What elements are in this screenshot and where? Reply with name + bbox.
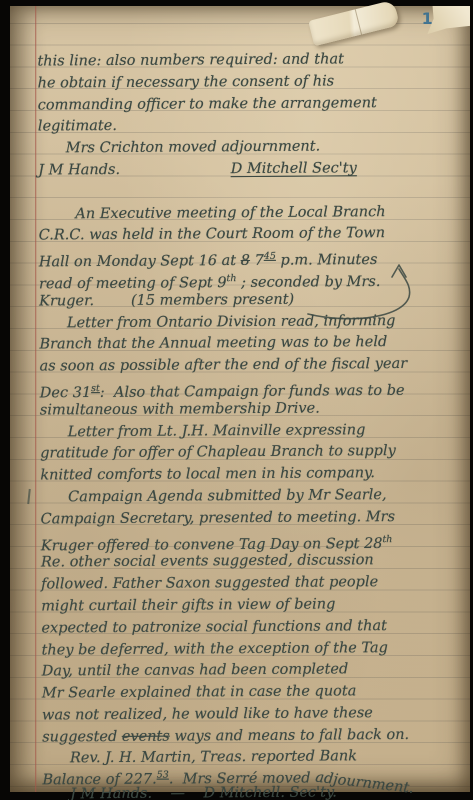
handwritten-line: gratitude for offer of Chapleau Branch t… — [40, 441, 466, 466]
handwritten-line: as soon as possible after the end of the… — [40, 354, 466, 379]
ledger-paper: 115 this line: also numbers required: an… — [10, 6, 470, 792]
handwritten-line: Day, until the canvas had been completed — [42, 659, 468, 684]
handwritten-line: commanding officer to make the arrangeme… — [38, 92, 464, 117]
handwritten-line: was not realized, he would like to have … — [42, 702, 468, 727]
handwritten-line: suggested events ways and means to fall … — [42, 724, 468, 749]
handwritten-line: Kruger. (15 members present) — [39, 288, 465, 313]
handwritten-line: legitimate. — [38, 114, 464, 139]
handwritten-line: they be deferred, with the exception of … — [41, 637, 467, 662]
handwritten-line: read of meeting of Sept 9th ; seconded b… — [39, 266, 465, 291]
handwritten-line: J M Hands. D Mitchell Sec'ty — [38, 158, 464, 183]
handwritten-line: Hall on Monday Sept 16 at 8 745 p.m. Min… — [39, 245, 465, 270]
manuscript: this line: also numbers required: and th… — [37, 49, 468, 800]
torn-paper-strip — [308, 0, 400, 46]
handwritten-line: Balance of 227.53. Mrs Serré moved adjou… — [42, 764, 468, 785]
handwritten-line: Mr Searle explained that in case the quo… — [42, 681, 468, 706]
handwritten-line: simultaneous with membership Drive. — [40, 397, 466, 422]
handwritten-line: C.R.C. was held in the Court Room of the… — [39, 223, 465, 248]
handwritten-line: expected to patronize social functions a… — [41, 615, 467, 640]
handwritten-line: Kruger offered to convene Tag Day on Sep… — [41, 528, 467, 553]
margin-tick — [27, 489, 31, 504]
handwritten-line: Campaign Agenda submitted by Mr Searle, — [40, 484, 466, 509]
handwritten-line: this line: also numbers required: and th… — [37, 49, 463, 74]
handwritten-line: Letter from Ontario Division read, infor… — [39, 310, 465, 335]
handwritten-line: Branch that the Annual meeting was to be… — [39, 332, 465, 357]
handwritten-line: knitted comforts to local men in his com… — [40, 463, 466, 488]
handwritten-line: An Executive meeting of the Local Branch — [38, 201, 464, 226]
handwritten-line: Mrs Crichton moved adjournment. — [38, 136, 464, 161]
handwritten-line: Campaign Secretary, presented to meeting… — [41, 506, 467, 531]
margin-rule — [35, 6, 36, 792]
handwritten-line: Dec 31st: Also that Campaign for funds w… — [40, 375, 466, 400]
handwritten-line: Letter from Lt. J.H. Mainville expressin… — [40, 419, 466, 444]
scanned-page: 115 this line: also numbers required: an… — [0, 0, 473, 800]
handwritten-line: followed. Father Saxon suggested that pe… — [41, 572, 467, 597]
handwritten-line: he obtain if necessary the consent of hi… — [38, 70, 464, 95]
handwritten-line — [38, 179, 464, 204]
handwritten-line: might curtail their gifts in view of bei… — [41, 593, 467, 618]
handwritten-line: Re. other social events suggested, discu… — [41, 550, 467, 575]
